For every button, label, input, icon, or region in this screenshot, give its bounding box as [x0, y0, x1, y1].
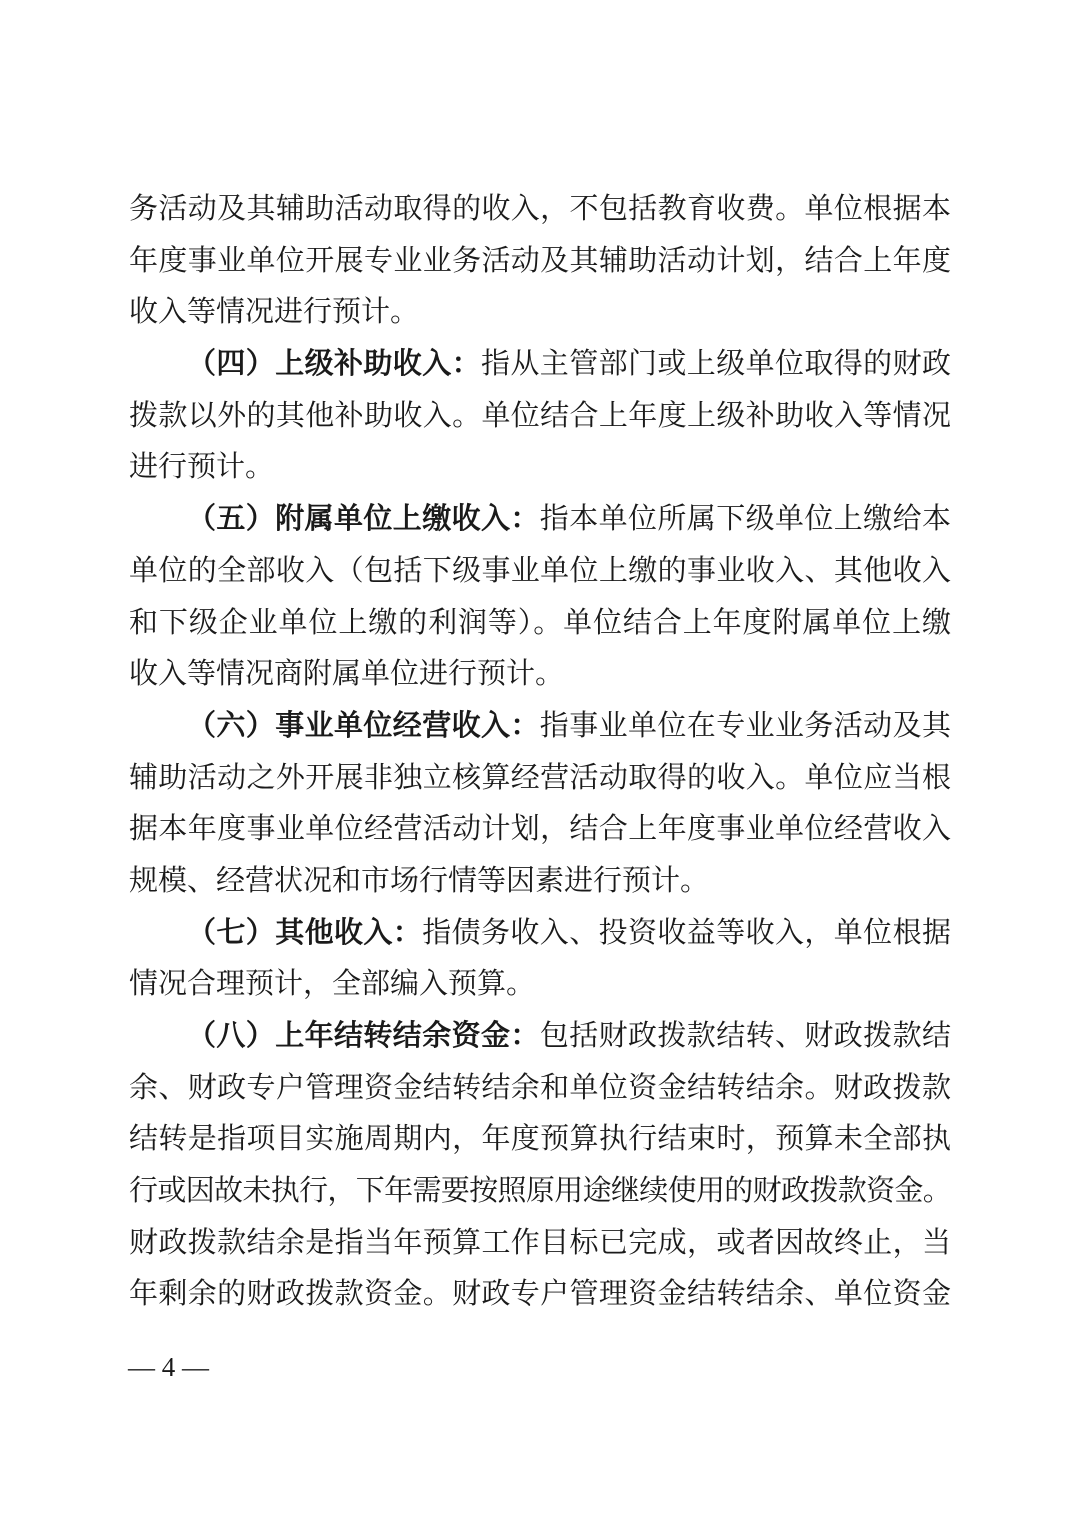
page-number: — 4 —: [128, 1350, 209, 1384]
line-text: 年剩余的财政拨款资金。财政专户管理资金结转结余、单位资金: [129, 1278, 951, 1310]
paragraph-heading: （八）上年结转结余资金：: [187, 1020, 540, 1052]
body-text: 务活动及其辅助活动取得的收入，不包括教育收费。单位根据本年度事业单位开展专业业务…: [129, 184, 951, 1321]
document-page: 务活动及其辅助活动取得的收入，不包括教育收费。单位根据本年度事业单位开展专业业务…: [0, 0, 1074, 1520]
text-line: （七）其他收入：指债务收入、投资收益等收入，单位根据: [129, 908, 951, 960]
text-line: 和下级企业单位上缴的利润等）。单位结合上年度附属单位上缴: [129, 598, 951, 650]
line-text: 收入等情况进行预计。: [129, 296, 419, 328]
text-line: 拨款以外的其他补助收入。单位结合上年度上级补助收入等情况: [129, 391, 951, 443]
line-text: 包括财政拨款结转、财政拨款结: [540, 1020, 951, 1052]
line-text: 和下级企业单位上缴的利润等）。单位结合上年度附属单位上缴: [129, 607, 951, 639]
text-line: 行或因故未执行，下年需要按照原用途继续使用的财政拨款资金。: [129, 1166, 951, 1218]
line-text: 年度事业单位开展专业业务活动及其辅助活动计划，结合上年度: [129, 245, 951, 277]
text-line: 财政拨款结余是指当年预算工作目标已完成，或者因故终止，当: [129, 1218, 951, 1270]
line-text: 拨款以外的其他补助收入。单位结合上年度上级补助收入等情况: [129, 400, 951, 432]
text-line: 收入等情况进行预计。: [129, 287, 951, 339]
text-line: 情况合理预计，全部编入预算。: [129, 959, 951, 1011]
text-line: （八）上年结转结余资金：包括财政拨款结转、财政拨款结: [129, 1011, 951, 1063]
line-text: 指本单位所属下级单位上缴给本: [540, 503, 951, 535]
text-line: （四）上级补助收入：指从主管部门或上级单位取得的财政: [129, 339, 951, 391]
line-text: 情况合理预计，全部编入预算。: [129, 968, 535, 1000]
text-line: 年剩余的财政拨款资金。财政专户管理资金结转结余、单位资金: [129, 1269, 951, 1321]
line-text: 行或因故未执行，下年需要按照原用途继续使用的财政拨款资金。: [129, 1175, 951, 1207]
line-text: 进行预计。: [129, 451, 274, 483]
line-text: 余、财政专户管理资金结转结余和单位资金结转结余。财政拨款: [129, 1072, 951, 1104]
line-text: 指事业单位在专业业务活动及其: [540, 710, 951, 742]
line-text: 单位的全部收入（包括下级事业单位上缴的事业收入、其他收入: [129, 555, 951, 587]
line-text: 结转是指项目实施周期内，年度预算执行结束时，预算未全部执: [129, 1123, 951, 1155]
text-line: 余、财政专户管理资金结转结余和单位资金结转结余。财政拨款: [129, 1063, 951, 1115]
text-line: 进行预计。: [129, 442, 951, 494]
text-line: 单位的全部收入（包括下级事业单位上缴的事业收入、其他收入: [129, 546, 951, 598]
line-text: 指债务收入、投资收益等收入，单位根据: [422, 917, 951, 949]
text-line: 据本年度事业单位经营活动计划，结合上年度事业单位经营收入: [129, 804, 951, 856]
line-text: 辅助活动之外开展非独立核算经营活动取得的收入。单位应当根: [129, 762, 951, 794]
text-line: 收入等情况商附属单位进行预计。: [129, 649, 951, 701]
line-text: 指从主管部门或上级单位取得的财政: [481, 348, 951, 380]
text-line: 规模、经营状况和市场行情等因素进行预计。: [129, 856, 951, 908]
text-line: 务活动及其辅助活动取得的收入，不包括教育收费。单位根据本: [129, 184, 951, 236]
text-line: （六）事业单位经营收入：指事业单位在专业业务活动及其: [129, 701, 951, 753]
line-text: 据本年度事业单位经营活动计划，结合上年度事业单位经营收入: [129, 813, 951, 845]
line-text: 收入等情况商附属单位进行预计。: [129, 658, 564, 690]
text-line: 辅助活动之外开展非独立核算经营活动取得的收入。单位应当根: [129, 753, 951, 805]
paragraph-heading: （四）上级补助收入：: [187, 348, 481, 380]
text-line: 年度事业单位开展专业业务活动及其辅助活动计划，结合上年度: [129, 236, 951, 288]
line-text: 规模、经营状况和市场行情等因素进行预计。: [129, 865, 709, 897]
text-line: 结转是指项目实施周期内，年度预算执行结束时，预算未全部执: [129, 1114, 951, 1166]
line-text: 财政拨款结余是指当年预算工作目标已完成，或者因故终止，当: [129, 1227, 951, 1259]
paragraph-heading: （七）其他收入：: [187, 917, 422, 949]
paragraph-heading: （六）事业单位经营收入：: [187, 710, 540, 742]
paragraph-heading: （五）附属单位上缴收入：: [187, 503, 540, 535]
line-text: 务活动及其辅助活动取得的收入，不包括教育收费。单位根据本: [129, 193, 951, 225]
text-line: （五）附属单位上缴收入：指本单位所属下级单位上缴给本: [129, 494, 951, 546]
